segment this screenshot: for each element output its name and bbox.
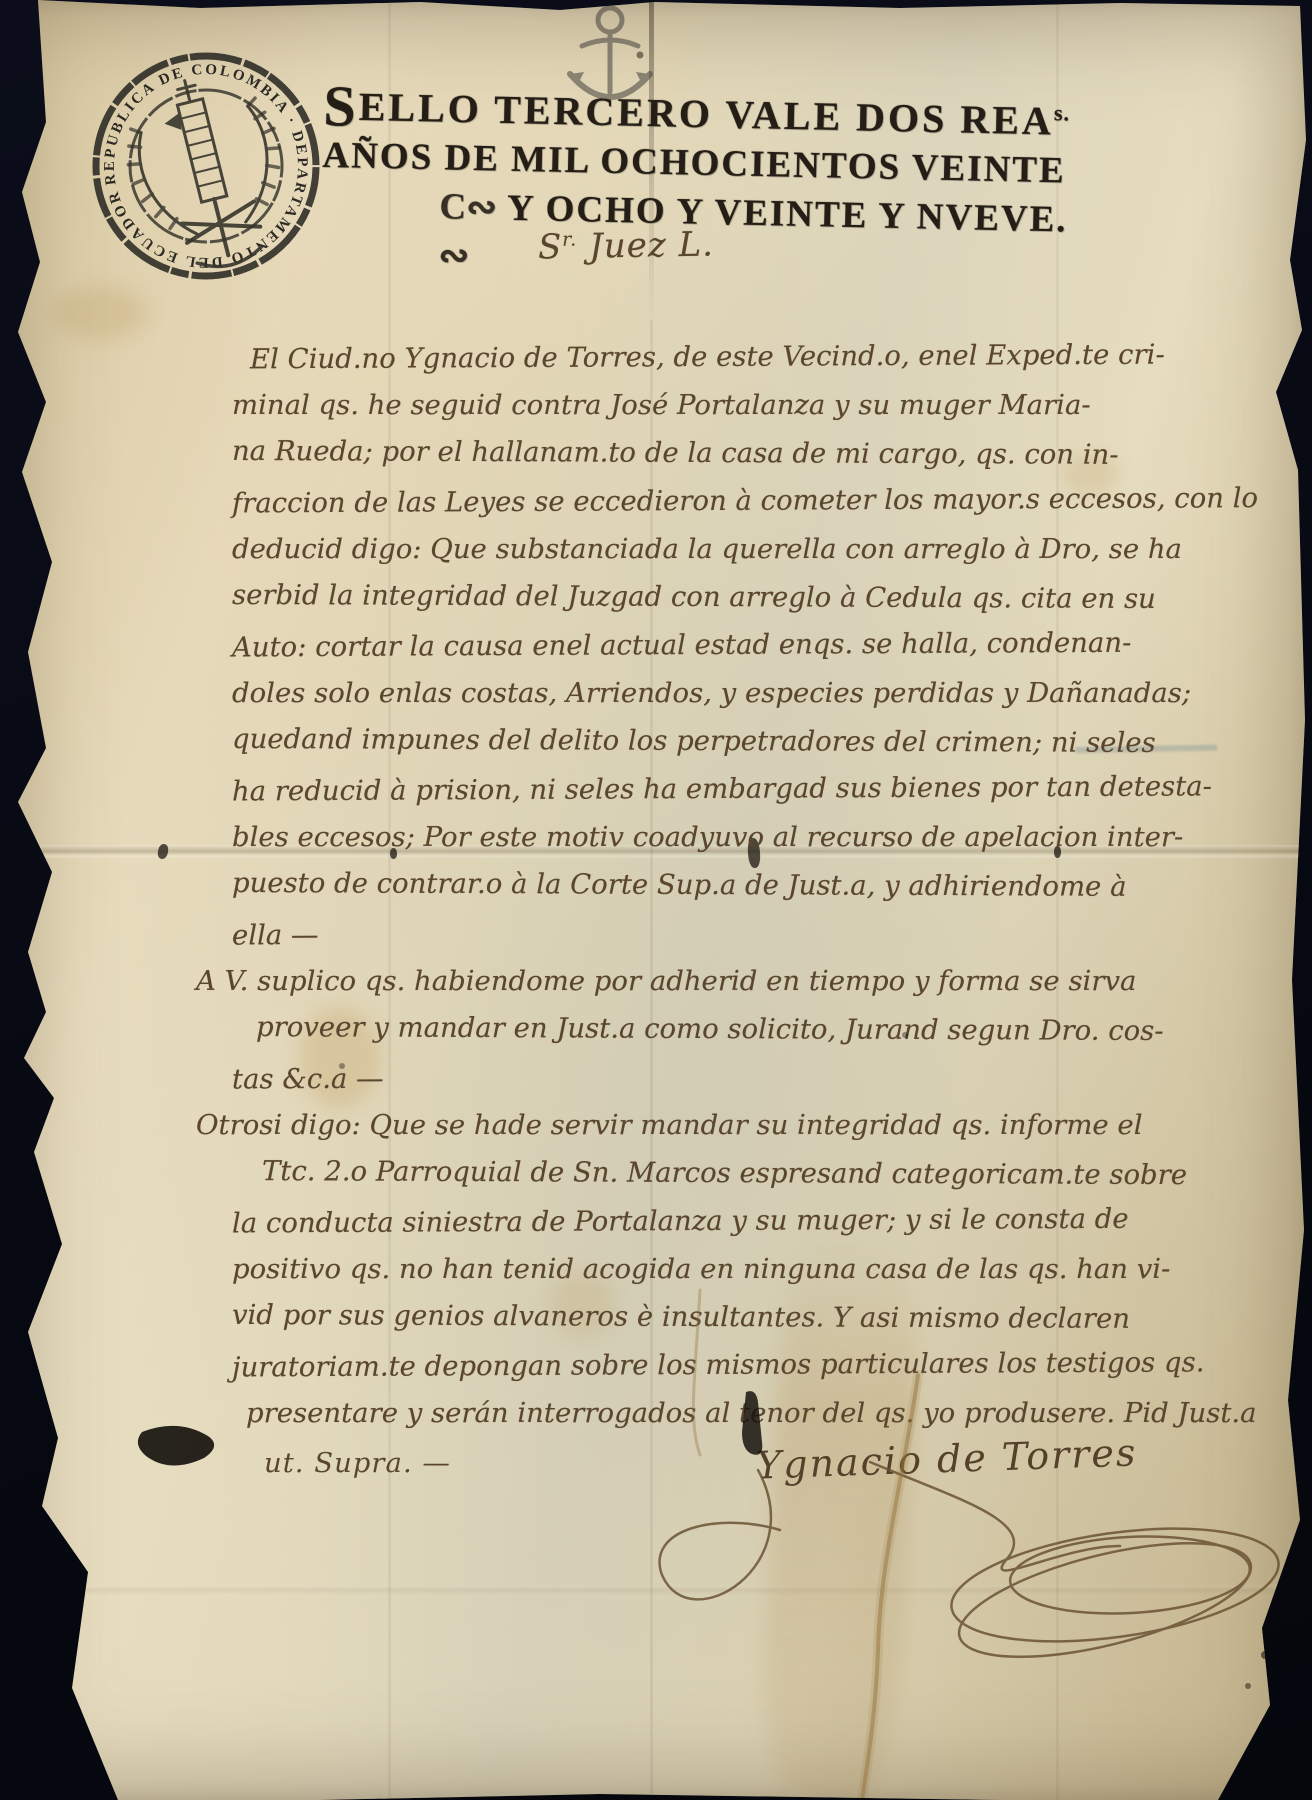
manuscript-page: REPUBLICA DE COLOMBIA · DEPARTAMENTO DEL… [0,0,1312,1800]
drip-stain-line [693,1290,918,1800]
signature-flourish [660,1462,1286,1680]
ink-marks-overlay [0,0,1312,1800]
document-photo: REPUBLICA DE COLOMBIA · DEPARTAMENTO DEL… [0,0,1312,1800]
ink-blots [138,52,1269,1690]
